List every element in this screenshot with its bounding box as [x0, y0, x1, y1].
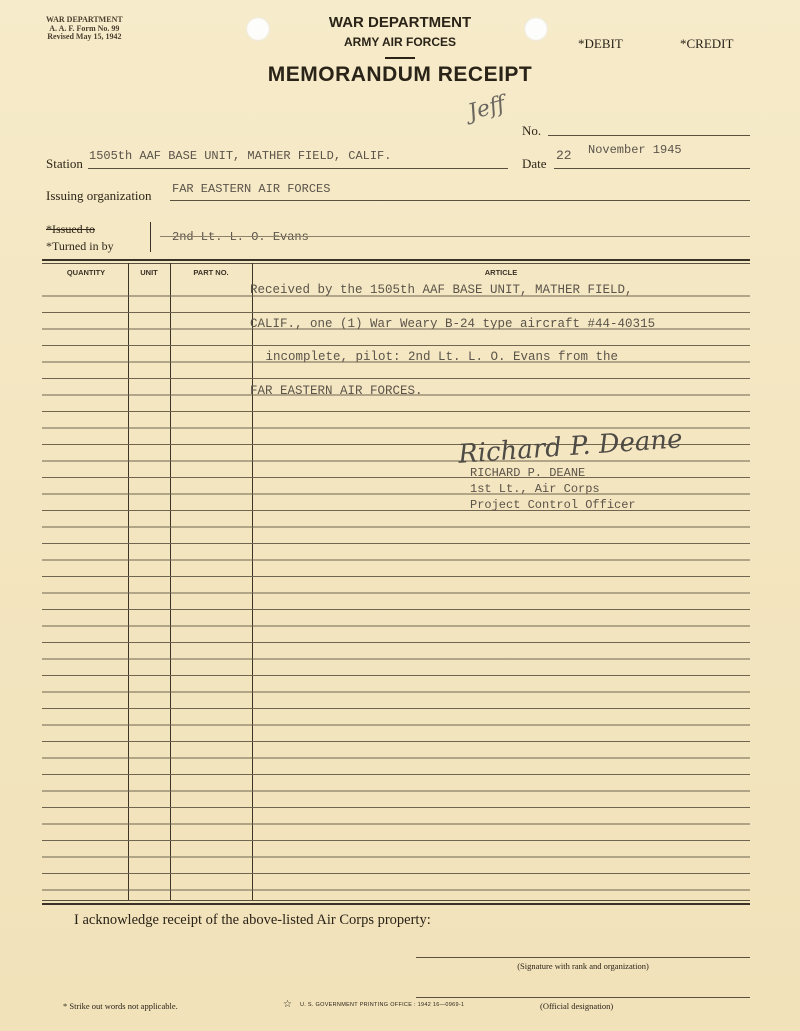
- department-heading: WAR DEPARTMENT: [290, 14, 510, 31]
- table-bottom-rule: [42, 903, 750, 905]
- no-field-line[interactable]: [548, 135, 750, 136]
- form-identifier: WAR DEPARTMENT A. A. F. Form No. 99 Revi…: [46, 16, 123, 42]
- issuing-organization-label: Issuing organization: [46, 188, 152, 204]
- turned-in-by-value[interactable]: 2nd Lt. L. O. Evans: [172, 230, 309, 244]
- printer-imprint: U. S. GOVERNMENT PRINTING OFFICE : 1942 …: [300, 1002, 464, 1008]
- memorandum-receipt-form: WAR DEPARTMENT A. A. F. Form No. 99 Revi…: [0, 0, 800, 1031]
- table-top-rule: [42, 263, 750, 264]
- article-line: CALIF., one (1) War Weary B-24 type airc…: [250, 317, 655, 331]
- article-line: FAR EASTERN AIR FORCES.: [250, 384, 423, 398]
- date-label: Date: [522, 156, 547, 172]
- signature-caption: (Signature with rank and organization): [416, 961, 750, 971]
- punch-hole: [524, 17, 548, 41]
- branch-heading: ARMY AIR FORCES: [290, 35, 510, 49]
- issuing-field-line: [170, 200, 750, 201]
- form-id-line: Revised May 15, 1942: [46, 33, 123, 42]
- acknowledgement-text: I acknowledge receipt of the above-liste…: [74, 912, 431, 929]
- station-label: Station: [46, 156, 83, 172]
- station-value[interactable]: 1505th AAF BASE UNIT, MATHER FIELD, CALI…: [89, 149, 391, 163]
- signer-name: RICHARD P. DEANE: [470, 466, 585, 480]
- signature-line[interactable]: [416, 957, 750, 958]
- brace: [147, 222, 151, 252]
- handwritten-initials: Jeff: [465, 92, 508, 126]
- designation-caption: (Official designation): [540, 1001, 613, 1011]
- strike-out-note: * Strike out words not applicable.: [63, 1001, 178, 1011]
- punch-hole: [246, 17, 270, 41]
- column-header-part-no: PART NO.: [170, 268, 252, 277]
- turned-in-by-label: *Turned in by: [46, 239, 114, 254]
- turned-in-field-line: [160, 236, 750, 237]
- article-line: incomplete, pilot: 2nd Lt. L. O. Evans f…: [258, 350, 618, 364]
- star-icon: ☆: [283, 999, 292, 1010]
- no-label: No.: [522, 123, 541, 139]
- column-header-quantity: QUANTITY: [44, 268, 128, 277]
- issuing-organization-value[interactable]: FAR EASTERN AIR FORCES: [172, 182, 330, 196]
- credit-label: *CREDIT: [680, 36, 733, 52]
- designation-line[interactable]: [416, 997, 750, 998]
- column-header-article: ARTICLE: [252, 268, 750, 277]
- date-field-line: [554, 168, 750, 169]
- column-header-unit: UNIT: [128, 268, 170, 277]
- article-line: Received by the 1505th AAF BASE UNIT, MA…: [250, 283, 633, 297]
- issued-to-label: *Issued to: [46, 222, 95, 237]
- signer-rank: 1st Lt., Air Corps: [470, 482, 600, 496]
- page-title: MEMORANDUM RECEIPT: [200, 63, 600, 87]
- signer-title: Project Control Officer: [470, 498, 636, 512]
- debit-label: *DEBIT: [578, 36, 623, 52]
- table-top-rule: [42, 259, 750, 261]
- heading-rule: [385, 57, 415, 59]
- station-field-line: [88, 168, 508, 169]
- table-ruled-rows: [42, 280, 750, 900]
- date-day[interactable]: 22: [556, 148, 572, 163]
- date-value[interactable]: November 1945: [588, 143, 682, 157]
- table-bottom-rule: [42, 900, 750, 901]
